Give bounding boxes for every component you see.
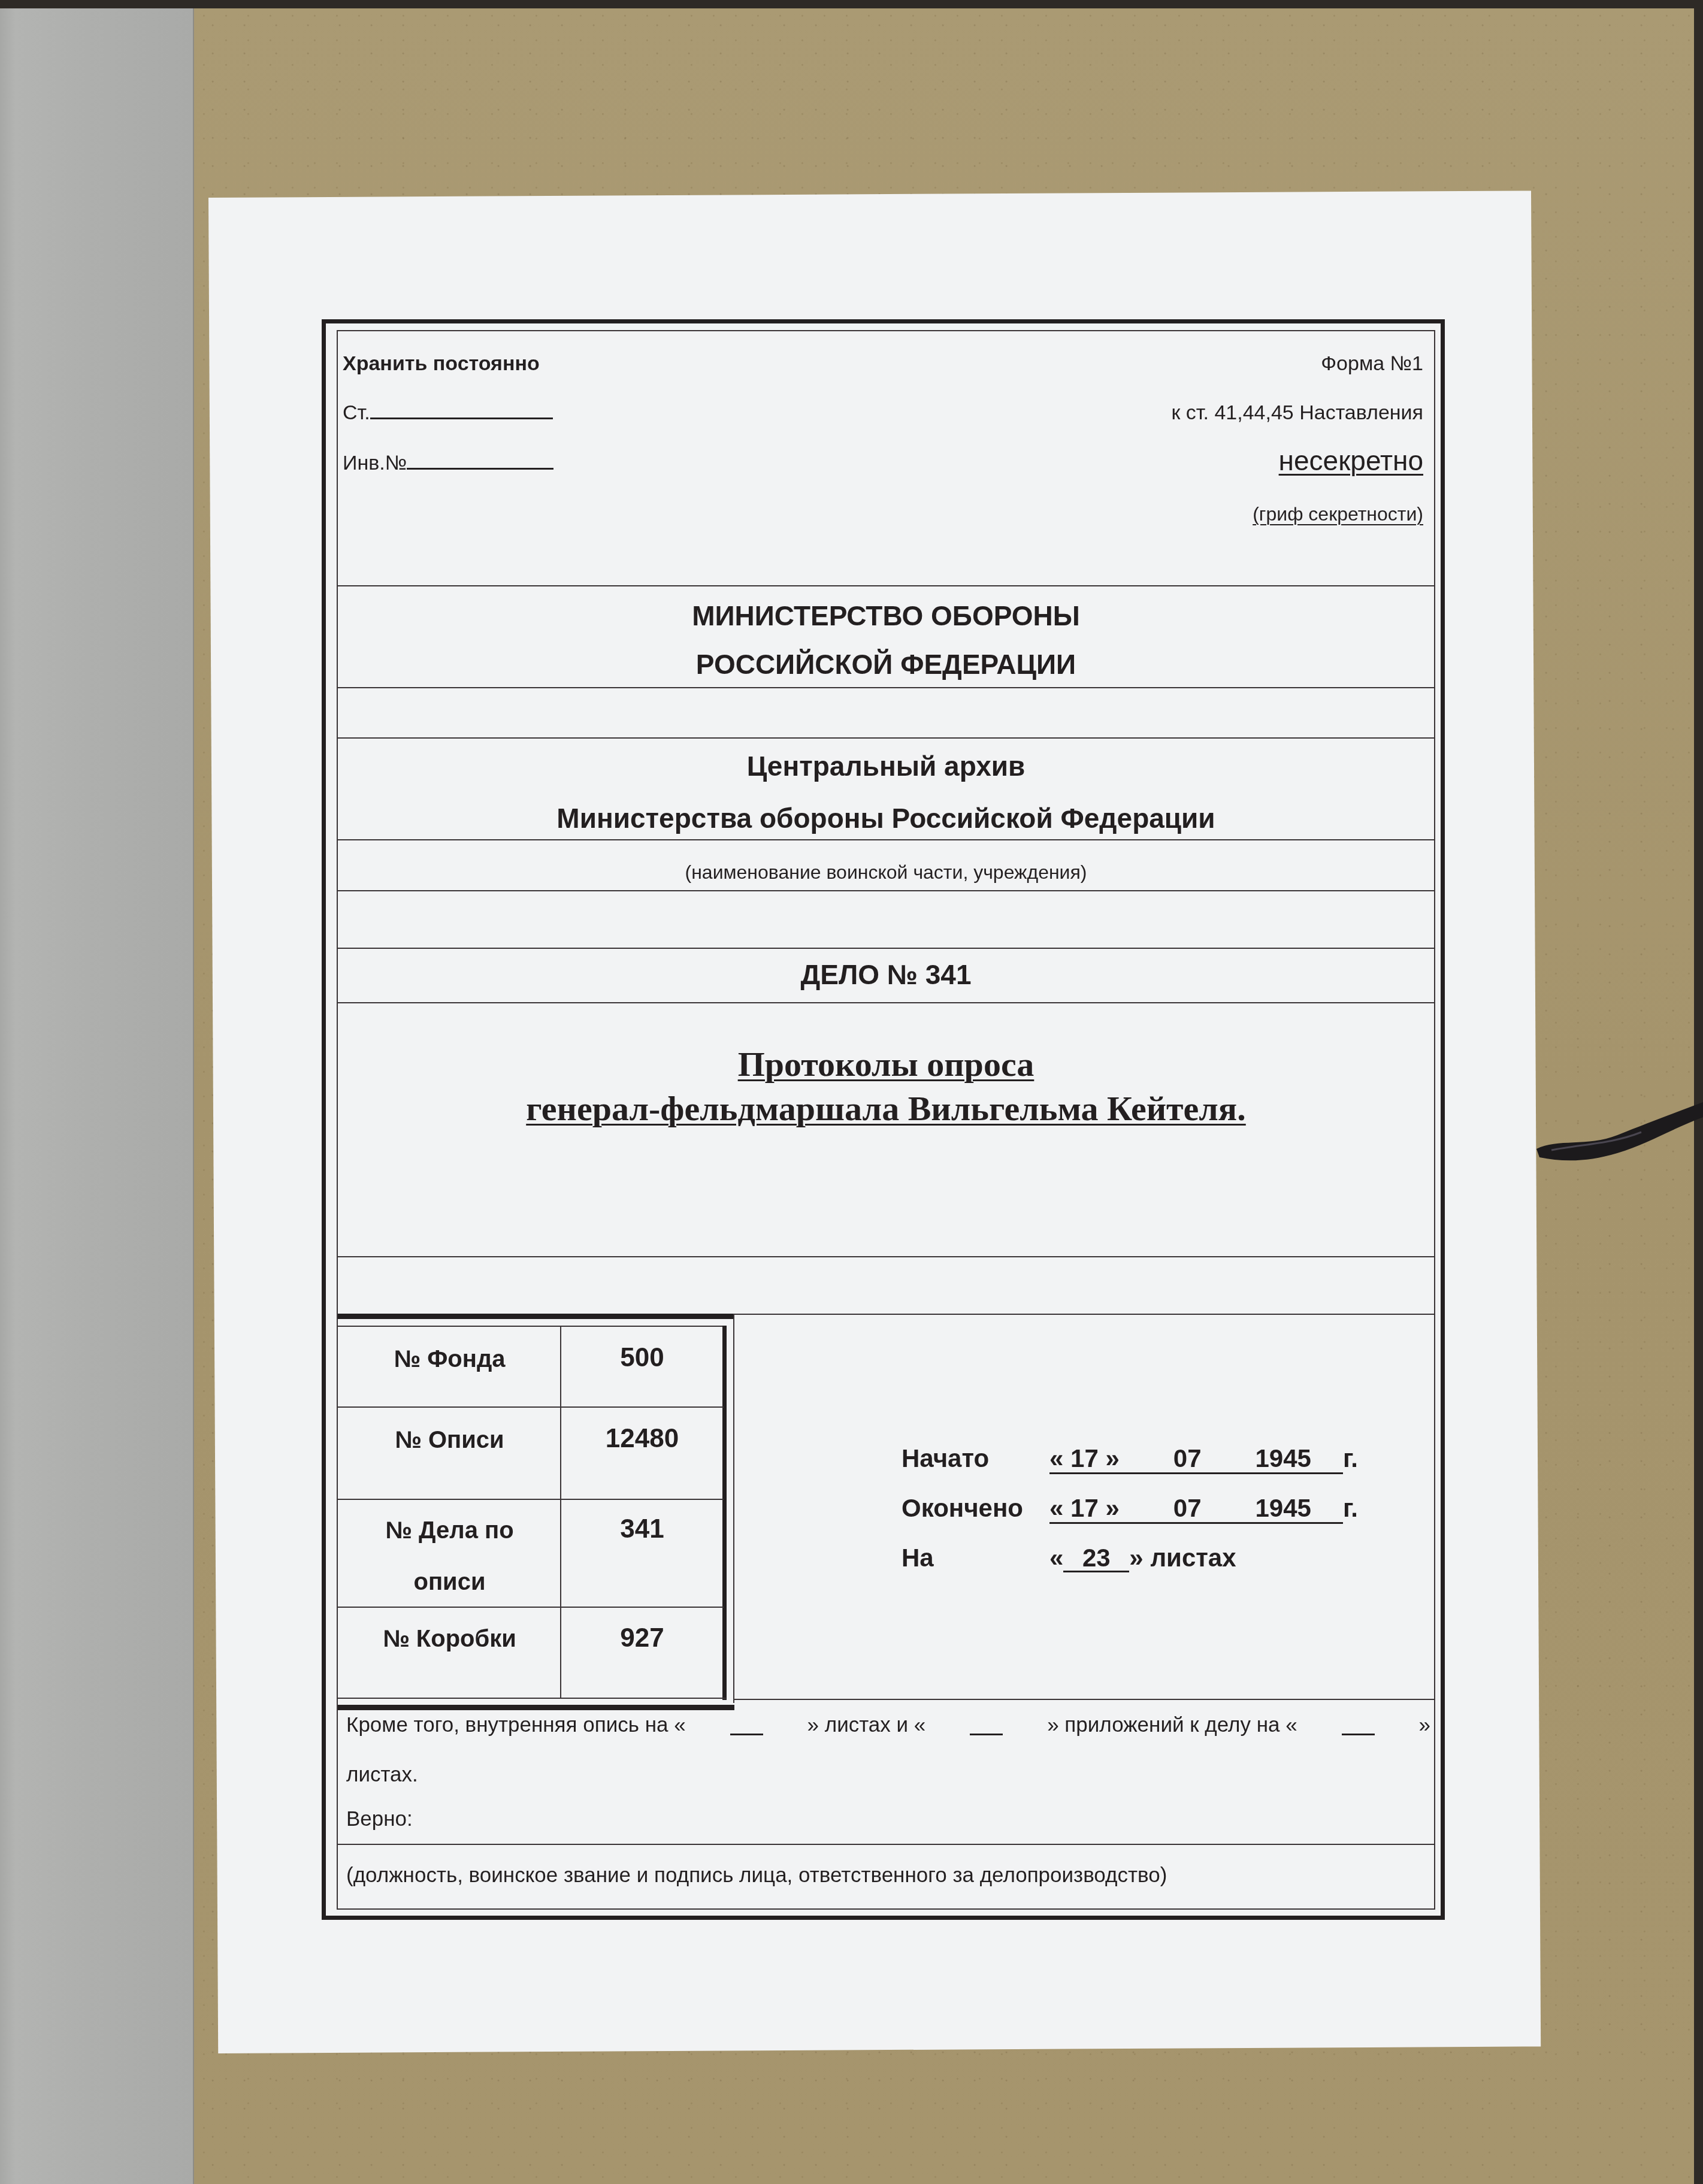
inv-field: Инв.№	[343, 453, 553, 473]
classification-value: несекретно	[1279, 447, 1423, 474]
divider	[338, 948, 1434, 949]
archive-name-line-1: Центральный архив	[338, 752, 1434, 780]
ended-year-suffix: г.	[1343, 1494, 1358, 1522]
file-value: 341	[561, 1516, 723, 1542]
ended-date-field: « 17 »071945	[1049, 1496, 1343, 1524]
ended-day: « 17 »	[1049, 1494, 1120, 1522]
ended-year: 1945	[1256, 1494, 1311, 1522]
inv-label: Инв.№	[343, 452, 407, 474]
inv-blank[interactable]	[407, 468, 553, 470]
folder-spine	[0, 8, 194, 2184]
ended-label: Окончено	[902, 1496, 1023, 1521]
st-blank[interactable]	[370, 418, 553, 419]
inventory-text: » приложений к делу на «	[1047, 1714, 1297, 1735]
box-label: № Коробки	[339, 1627, 560, 1651]
regulation-reference: к ст. 41,44,45 Наставления	[1171, 403, 1423, 423]
inventory-sheets-blank[interactable]	[730, 1714, 763, 1735]
divider	[338, 839, 1434, 840]
file-label-cont: описи	[339, 1570, 560, 1594]
st-label: Ст.	[343, 401, 370, 424]
started-date-field: « 17 »071945	[1049, 1446, 1343, 1474]
inventory-text: »	[1419, 1714, 1430, 1735]
started-month: 07	[1173, 1444, 1202, 1472]
inventory-statement-cont: листах.	[346, 1764, 418, 1785]
table-top-line	[338, 1326, 726, 1327]
archive-name-line-2: Министерства обороны Российской Федераци…	[338, 804, 1434, 832]
table-right-bar	[722, 1326, 727, 1700]
inventory-label: № Описи	[339, 1428, 560, 1452]
sheets-open-quote: «	[1049, 1544, 1063, 1572]
table-bottom-bar	[338, 1705, 734, 1710]
started-label: Начато	[902, 1446, 989, 1471]
ministry-line-1: МИНИСТЕРСТВО ОБОРОНЫ	[338, 602, 1434, 630]
started-day: « 17 »	[1049, 1444, 1120, 1472]
divider	[338, 737, 1434, 739]
attachment-sheets-blank[interactable]	[1342, 1714, 1375, 1735]
binding-cord	[1533, 1102, 1703, 1186]
case-subject-line-1: Протоколы опроса	[338, 1047, 1434, 1082]
table-row-divider	[338, 1607, 724, 1608]
responsible-caption: (должность, воинское звание и подпись ли…	[346, 1865, 1167, 1886]
table-top-bar	[338, 1314, 734, 1319]
archive-caption: (наименование воинской части, учреждения…	[338, 863, 1434, 882]
divider	[338, 1256, 1434, 1257]
retention-label: Хранить постоянно	[343, 353, 540, 374]
form-number: Форма №1	[1321, 353, 1423, 374]
classification-caption: (гриф секретности)	[1253, 504, 1423, 524]
case-subject-line-2: генерал-фельдмаршала Вильгельма Кейтеля.	[338, 1091, 1434, 1126]
verified-label: Верно:	[346, 1808, 413, 1829]
file-label: № Дела по	[339, 1518, 560, 1542]
fond-label: № Фонда	[339, 1347, 560, 1371]
started-date: « 17 »071945г.	[1049, 1446, 1358, 1474]
box-value: 927	[561, 1625, 723, 1651]
table-outer-right	[733, 1314, 734, 1703]
divider	[338, 890, 1434, 891]
table-bottom-line	[338, 1698, 726, 1699]
started-year: 1945	[1256, 1444, 1311, 1472]
inventory-value: 12480	[561, 1426, 723, 1452]
divider	[338, 585, 1434, 586]
sheets-count: 23	[1063, 1545, 1129, 1572]
ministry-line-2: РОССИЙСКОЙ ФЕДЕРАЦИИ	[338, 651, 1434, 678]
ended-date: « 17 »071945г.	[1049, 1496, 1358, 1524]
table-row-divider	[338, 1406, 724, 1408]
sheets-label: На	[902, 1545, 934, 1571]
divider	[338, 1002, 1434, 1003]
sheets-count-field: «23» листах	[1049, 1545, 1236, 1572]
fond-value: 500	[561, 1345, 723, 1371]
st-field: Ст.	[343, 403, 553, 423]
started-year-suffix: г.	[1343, 1444, 1358, 1472]
inventory-text: » листах и «	[807, 1714, 926, 1735]
sheets-close-label: » листах	[1129, 1544, 1236, 1572]
case-title: ДЕЛО № 341	[338, 961, 1434, 988]
divider	[338, 687, 1434, 688]
inventory-statement: Кроме того, внутренняя опись на « » лист…	[346, 1714, 1430, 1735]
inventory-text: Кроме того, внутренняя опись на «	[346, 1714, 686, 1735]
signature-line	[338, 1844, 1434, 1845]
attachments-blank[interactable]	[970, 1714, 1003, 1735]
ended-month: 07	[1173, 1494, 1202, 1522]
divider	[734, 1699, 1435, 1700]
divider	[734, 1314, 1435, 1315]
table-row-divider	[338, 1499, 724, 1500]
